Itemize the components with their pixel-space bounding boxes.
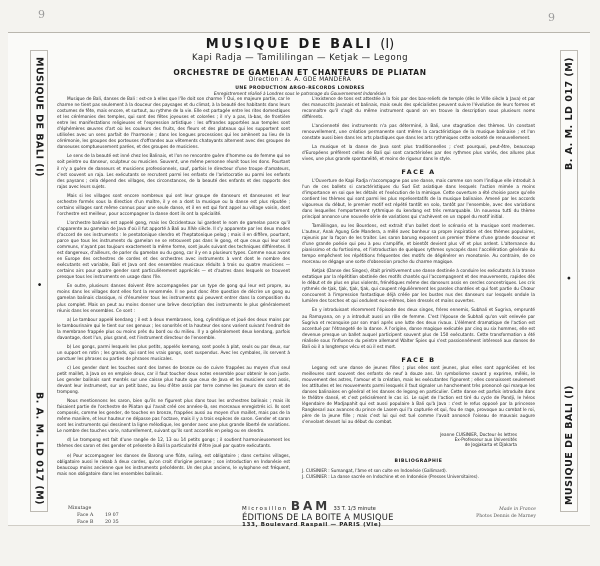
- paragraph: L'orchestre balinais est appelé gong, ma…: [57, 221, 290, 281]
- publisher-block: Microsillon BAM 33 T. 1/3 minute ÉDITION…: [242, 499, 394, 528]
- paragraph: En y introduisant récemment l'épisode de…: [302, 308, 535, 350]
- album-volume: (I): [380, 37, 394, 52]
- spine-title: MUSIQUE DE BALI (I): [564, 379, 575, 511]
- album-header: MUSIQUE DE BALI (I) Kapi Radja — Tamilil…: [55, 37, 545, 96]
- paragraph: Mais si les villages sont encore nombreu…: [57, 194, 290, 218]
- liner-notes-right-column: L'existence de tons est attestée à la fo…: [302, 97, 535, 480]
- album-title-text: MUSIQUE DE BALI: [206, 37, 374, 52]
- timing-label: Minutage: [68, 505, 119, 512]
- timing-block: Minutage Face A 19 07 Face B 20 35: [68, 505, 119, 526]
- publisher-name: ÉDITIONS DE LA BOITE A MUSIQUE: [242, 512, 394, 522]
- record-format-line: Microsillon BAM 33 T. 1/3 minute: [242, 499, 394, 513]
- spine-catalog: B. A. M. LD 017 (M): [34, 386, 45, 511]
- paragraph: Legong est une danse de jeunes filles ; …: [302, 366, 535, 426]
- paragraph: Ketjak (Danse des Singes), était primiti…: [302, 269, 535, 305]
- publisher-address: 133, Boulevard Raspail — PARIS (VIe): [242, 522, 394, 528]
- track-list-subtitle: Kapi Radja — Tamililingan — Ketjak — Leg…: [55, 53, 545, 63]
- album-title: MUSIQUE DE BALI (I): [55, 37, 545, 52]
- face-b-heading: FACE B: [302, 357, 535, 363]
- timing-duration: 20 35: [105, 519, 119, 526]
- spine-title: MUSIQUE DE BALI (I): [34, 51, 45, 183]
- face-b-notes: Legong est une danse de jeunes filles ; …: [302, 366, 535, 426]
- face-a-heading: FACE A: [302, 169, 535, 175]
- paragraph: Tamililingan, ou les Bourdons, est extra…: [302, 224, 535, 266]
- timing-side: Face B: [77, 519, 105, 526]
- timing-row: Face A 19 07: [68, 512, 119, 519]
- paragraph: Nous mentionnons les saron, bien qu'ils …: [57, 399, 290, 435]
- paragraph: d) Le trompong est fait d'une rangée de …: [57, 438, 290, 450]
- spine-left: MUSIQUE DE BALI (I) • B. A. M. LD 017 (M…: [30, 50, 48, 512]
- face-a-notes: L'Ouverture de Kapi Radja n'accompagne p…: [302, 179, 535, 351]
- spine-separator: •: [565, 269, 574, 287]
- made-in-label: Made in France: [446, 506, 536, 513]
- folio-mark-left: 9: [38, 8, 45, 21]
- liner-notes-left-column: Musique de Bali, danses de Bali : est-ce…: [57, 97, 290, 481]
- spine-right: B. A. M. LD 017 (M) • MUSIQUE DE BALI (I…: [560, 50, 578, 512]
- bibliography-item: J. CUISINIER : La danse sacrée en Indoch…: [302, 474, 535, 480]
- bibliography-heading: BIBLIOGRAPHIE: [302, 459, 535, 465]
- paragraph: Le sens de la beauté est inné chez les B…: [57, 154, 290, 190]
- orchestra-name: ORCHESTRE DE GAMELAN ET CHANTEURS DE PLI…: [55, 68, 545, 77]
- paragraph: a) Le tambour appelé kendang ; il est à …: [57, 318, 290, 342]
- author-signature: Jeanne CUISINIER, Docteur ès lettresEx-P…: [302, 432, 517, 447]
- director-credit: Direction : A. A. GDE MANDERA: [55, 77, 545, 83]
- folio-mark-right: 9: [548, 11, 555, 24]
- label-logo: BAM: [291, 499, 330, 513]
- paragraph: La musique et la danse de Java sont plus…: [302, 145, 535, 163]
- paragraph: L'ancienneté des instruments n'a pas dét…: [302, 124, 535, 142]
- paragraph: L'existence de tons est attestée à la fo…: [302, 97, 535, 121]
- timing-row: Face B 20 35: [68, 519, 119, 526]
- paragraph: c) Les gender dont les touches sont des …: [57, 366, 290, 396]
- credits-block: Made in France Photos Dennis de Marney: [446, 506, 536, 520]
- paragraph: Musique de Bali, danses de Bali : est-ce…: [57, 97, 290, 151]
- intro-notes: L'existence de tons est attestée à la fo…: [302, 97, 535, 163]
- paragraph: En outre, plusieurs danses doivent être …: [57, 284, 290, 314]
- paragraph: L'Ouverture de Kapi Radja n'accompagne p…: [302, 179, 535, 221]
- paragraph: b) Les gongs, parmi lesquels les plus pe…: [57, 345, 290, 363]
- timing-duration: 19 07: [105, 512, 119, 519]
- photo-credit: Photos Dennis de Marney: [446, 513, 536, 520]
- signature-line: de Jogjakarta et Djakarta: [302, 442, 517, 447]
- spine-separator: •: [35, 276, 44, 294]
- timing-side: Face A: [77, 512, 105, 519]
- recording-note: Enregistrement réalisé à Londres sous le…: [55, 91, 545, 96]
- spine-catalog: B. A. M. LD 017 (M): [564, 51, 575, 176]
- paragraph: e) Pour accompagner les danses de Barong…: [57, 454, 290, 478]
- bibliography-list: J. CUISINIER : Sumangat, l'âme et son cu…: [302, 468, 535, 480]
